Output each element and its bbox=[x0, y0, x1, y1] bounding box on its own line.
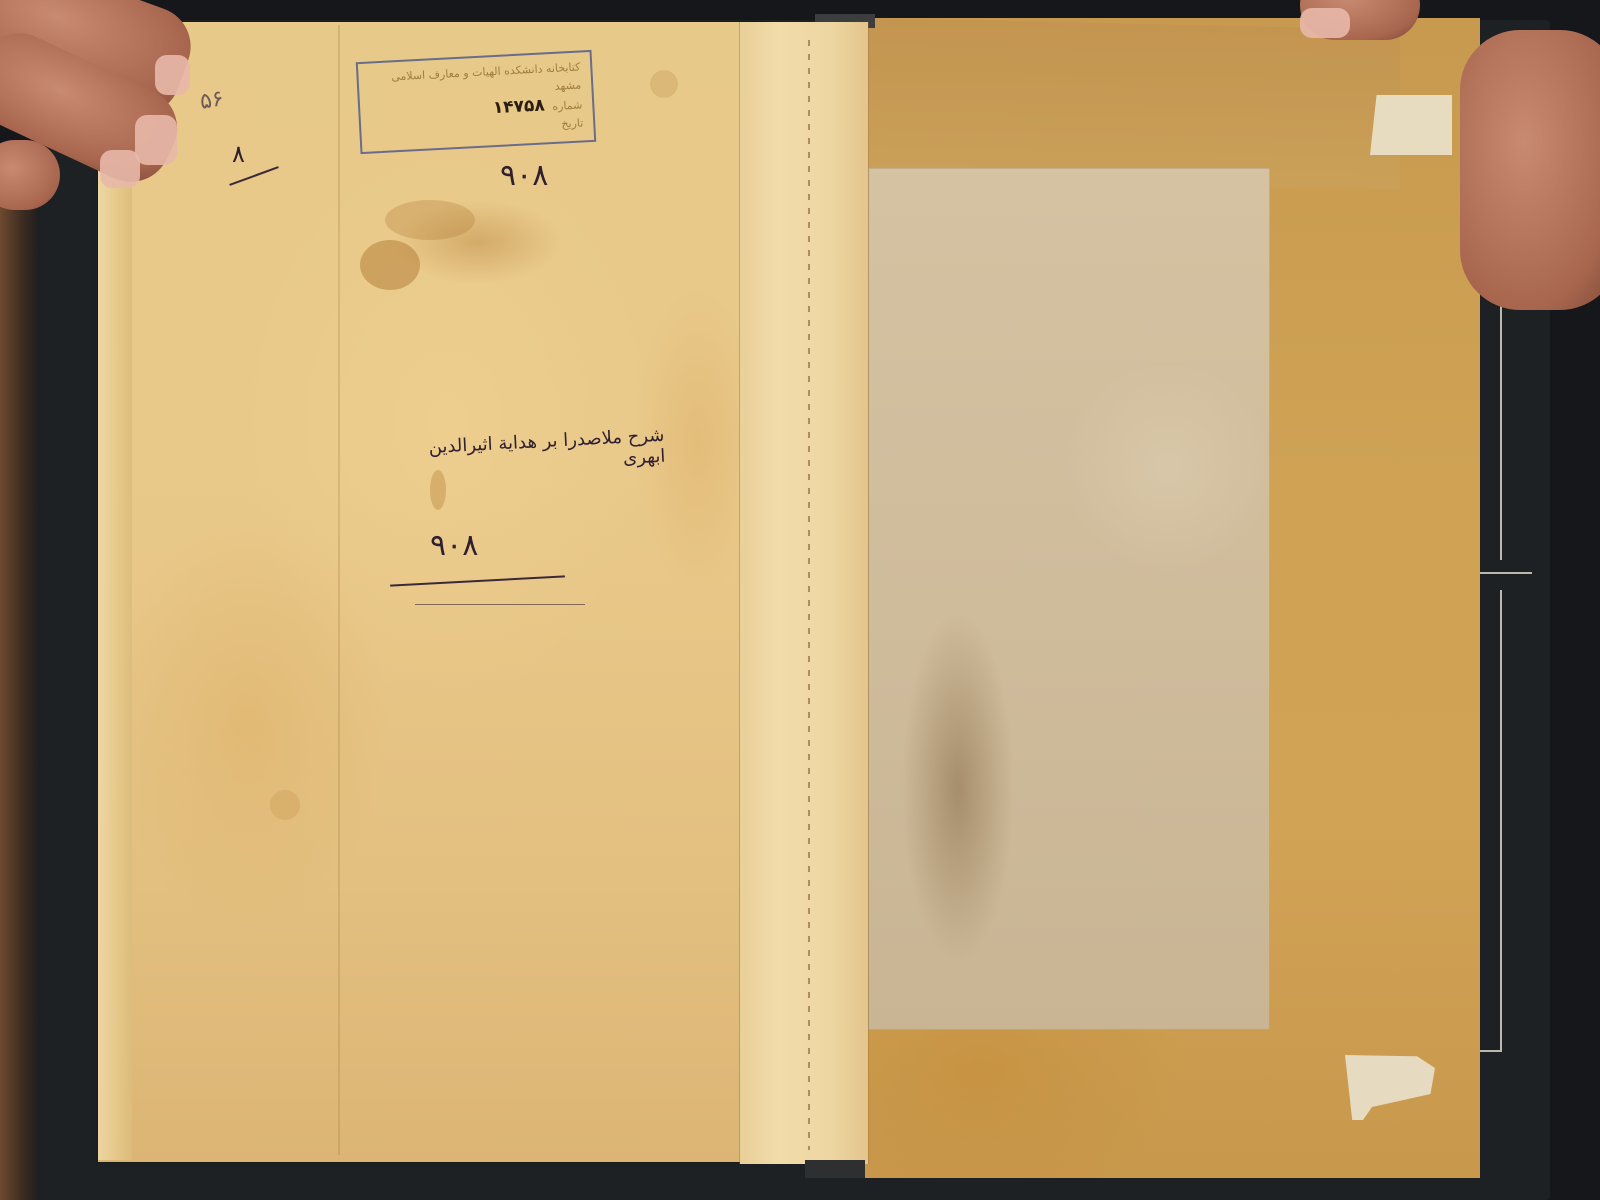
stain bbox=[385, 200, 475, 240]
fingernail bbox=[155, 55, 190, 95]
fingernail bbox=[100, 150, 140, 188]
guide-line-horizontal bbox=[1480, 572, 1532, 574]
pencil-underline bbox=[415, 604, 585, 605]
library-stamp: کتابخانه دانشکده الهیات و معارف اسلامی م… bbox=[356, 50, 596, 154]
inner-paper-panel bbox=[868, 168, 1270, 1030]
stamp-number-label: شماره bbox=[552, 98, 583, 113]
spine-repair-strip bbox=[740, 22, 868, 1164]
page-fold-line bbox=[338, 25, 340, 1155]
right-hand-fingers bbox=[1460, 30, 1600, 310]
spine-stitching bbox=[808, 40, 810, 1150]
fingernail bbox=[1300, 8, 1350, 38]
stain bbox=[650, 70, 678, 98]
stain bbox=[360, 240, 420, 290]
stamp-date-label: تاریخ bbox=[561, 116, 584, 130]
paper-tape-top-corner bbox=[1370, 95, 1452, 155]
shelf-number-middle: ۹۰۸ bbox=[430, 528, 478, 563]
corner-number: ۸ bbox=[232, 140, 245, 168]
guide-line-vertical-lower bbox=[1500, 590, 1502, 1050]
stain bbox=[270, 790, 300, 820]
stamp-number-value: ۱۴۷۵۸ bbox=[492, 95, 545, 118]
corner-mark: ۵۶ bbox=[198, 86, 226, 115]
flyleaf-edge bbox=[98, 30, 132, 1160]
shelf-number-top: ۹۰۸ bbox=[500, 158, 548, 193]
board-top-flap bbox=[860, 18, 1400, 189]
left-flyleaf-page bbox=[98, 22, 768, 1162]
wooden-table-edge bbox=[0, 200, 40, 1200]
spine-tab-bottom bbox=[805, 1160, 865, 1178]
fingernail bbox=[135, 115, 177, 165]
